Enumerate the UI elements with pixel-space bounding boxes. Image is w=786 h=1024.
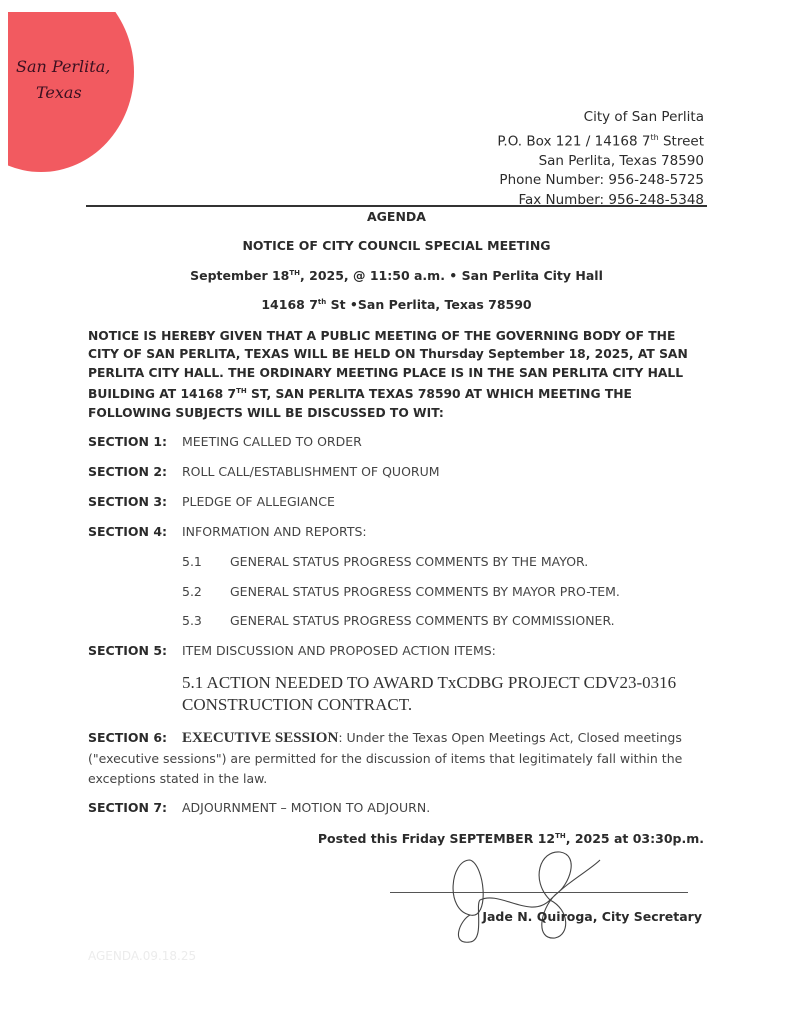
address-city-state: San Perlita, Texas 78590	[497, 152, 704, 172]
section-2: SECTION 2:ROLL CALL/ESTABLISHMENT OF QUO…	[88, 464, 440, 479]
section-1: SECTION 1:MEETING CALLED TO ORDER	[88, 434, 362, 449]
meeting-location: 14168 7th St •San Perlita, Texas 78590	[86, 297, 707, 312]
section-4-item: 5.2GENERAL STATUS PROGRESS COMMENTS BY M…	[182, 584, 620, 599]
meeting-subtitle: NOTICE OF CITY COUNCIL SPECIAL MEETING	[86, 238, 707, 253]
section-5: SECTION 5:ITEM DISCUSSION AND PROPOSED A…	[88, 643, 496, 658]
section-5-action-item: 5.1 ACTION NEEDED TO AWARD TxCDBG PROJEC…	[182, 672, 692, 716]
address-phone: Phone Number: 956-248-5725	[497, 171, 704, 191]
section-4: SECTION 4:INFORMATION AND REPORTS:	[88, 524, 367, 539]
public-notice: NOTICE IS HEREBY GIVEN THAT A PUBLIC MEE…	[88, 327, 708, 422]
section-4-item: 5.1GENERAL STATUS PROGRESS COMMENTS BY T…	[182, 554, 588, 569]
section-6: SECTION 6:EXECUTIVE SESSION: Under the T…	[88, 728, 698, 790]
meeting-date: September 18TH, 2025, @ 11:50 a.m. • San…	[86, 268, 707, 283]
city-secretary-name: Jade N. Quiroga, City Secretary	[482, 909, 702, 924]
document-id-footer: AGENDA.09.18.25	[88, 949, 196, 963]
signature-scribble	[440, 840, 620, 945]
address-fax: Fax Number: 956-248-5348	[497, 191, 704, 211]
section-7: SECTION 7:ADJOURNMENT – MOTION TO ADJOUR…	[88, 800, 430, 815]
city-address-block: City of San Perlita P.O. Box 121 / 14168…	[497, 108, 704, 210]
logo-text: San Perlita, Texas	[16, 54, 110, 106]
agenda-title: AGENDA	[86, 209, 707, 224]
header-divider	[86, 205, 707, 207]
address-po-box: P.O. Box 121 / 14168 7th Street	[497, 128, 704, 152]
address-city: City of San Perlita	[497, 108, 704, 128]
section-4-item: 5.3GENERAL STATUS PROGRESS COMMENTS BY C…	[182, 613, 615, 628]
city-logo: San Perlita, Texas	[8, 12, 134, 172]
logo-line-1: San Perlita,	[16, 57, 110, 76]
logo-line-2: Texas	[16, 80, 110, 106]
section-3: SECTION 3:PLEDGE OF ALLEGIANCE	[88, 494, 335, 509]
